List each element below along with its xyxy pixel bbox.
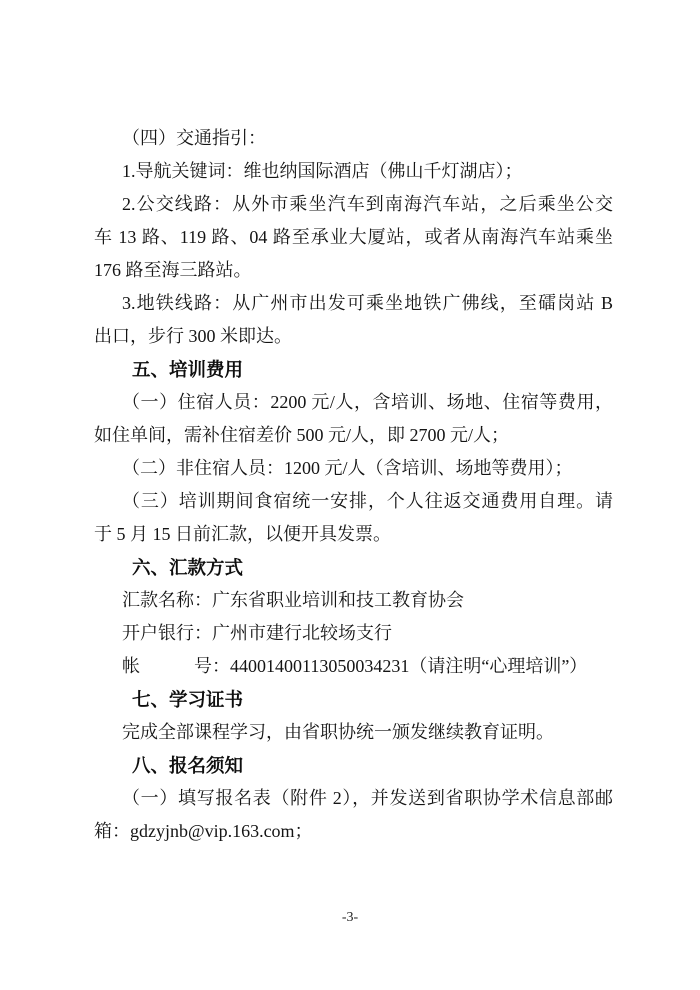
line-bus-route-1: 2.公交线路：从外市乘坐汽车到南海汽车站，之后乘坐公交	[94, 188, 613, 221]
line-bus-route-2: 车 13 路、119 路、04 路至承业大厦站，或者从南海汽车站乘坐	[94, 221, 613, 254]
heading-section-6-remittance: 六、汇款方式	[94, 551, 613, 584]
line-fee-lodging-2: 如住单间，需补住宿差价 500 元/人，即 2700 元/人；	[94, 419, 613, 452]
line-metro-route-1: 3.地铁线路：从广州市出发可乘坐地铁广佛线，至礌岗站 B	[94, 287, 613, 320]
line-registration-email-1: （一）填写报名表（附件 2），并发送到省职协学术信息部邮	[94, 782, 613, 815]
heading-section-8-registration: 八、报名须知	[94, 749, 613, 782]
document-body: （四）交通指引： 1.导航关键词：维也纳国际酒店（佛山千灯湖店）； 2.公交线路…	[94, 122, 613, 848]
heading-section-5-training-fees: 五、培训费用	[94, 353, 613, 386]
heading-section-7-certificate: 七、学习证书	[94, 683, 613, 716]
line-fee-arrangement-2: 于 5 月 15 日前汇款，以便开具发票。	[94, 518, 613, 551]
line-bus-route-3: 176 路至海三路站。	[94, 254, 613, 287]
line-remittance-name: 汇款名称：广东省职业培训和技工教育协会	[94, 584, 613, 617]
line-fee-non-lodging: （二）非住宿人员：1200 元/人（含培训、场地等费用）；	[94, 452, 613, 485]
line-remittance-bank: 开户银行：广州市建行北较场支行	[94, 617, 613, 650]
line-fee-arrangement-1: （三）培训期间食宿统一安排，个人往返交通费用自理。请	[94, 485, 613, 518]
subsection-4-transport-guide: （四）交通指引：	[94, 122, 613, 155]
line-navigation-keyword: 1.导航关键词：维也纳国际酒店（佛山千灯湖店）；	[94, 155, 613, 188]
line-fee-lodging-1: （一）住宿人员：2200 元/人，含培训、场地、住宿等费用，	[94, 386, 613, 419]
line-registration-email-2: 箱：gdzyjnb@vip.163.com；	[94, 815, 613, 848]
line-remittance-account: 帐 号：44001400113050034231（请注明“心理培训”）	[94, 650, 613, 683]
line-metro-route-2: 出口，步行 300 米即达。	[94, 320, 613, 353]
line-certificate-desc: 完成全部课程学习，由省职协统一颁发继续教育证明。	[94, 716, 613, 749]
page-number: -3-	[0, 908, 700, 928]
document-page: （四）交通指引： 1.导航关键词：维也纳国际酒店（佛山千灯湖店）； 2.公交线路…	[0, 0, 700, 990]
